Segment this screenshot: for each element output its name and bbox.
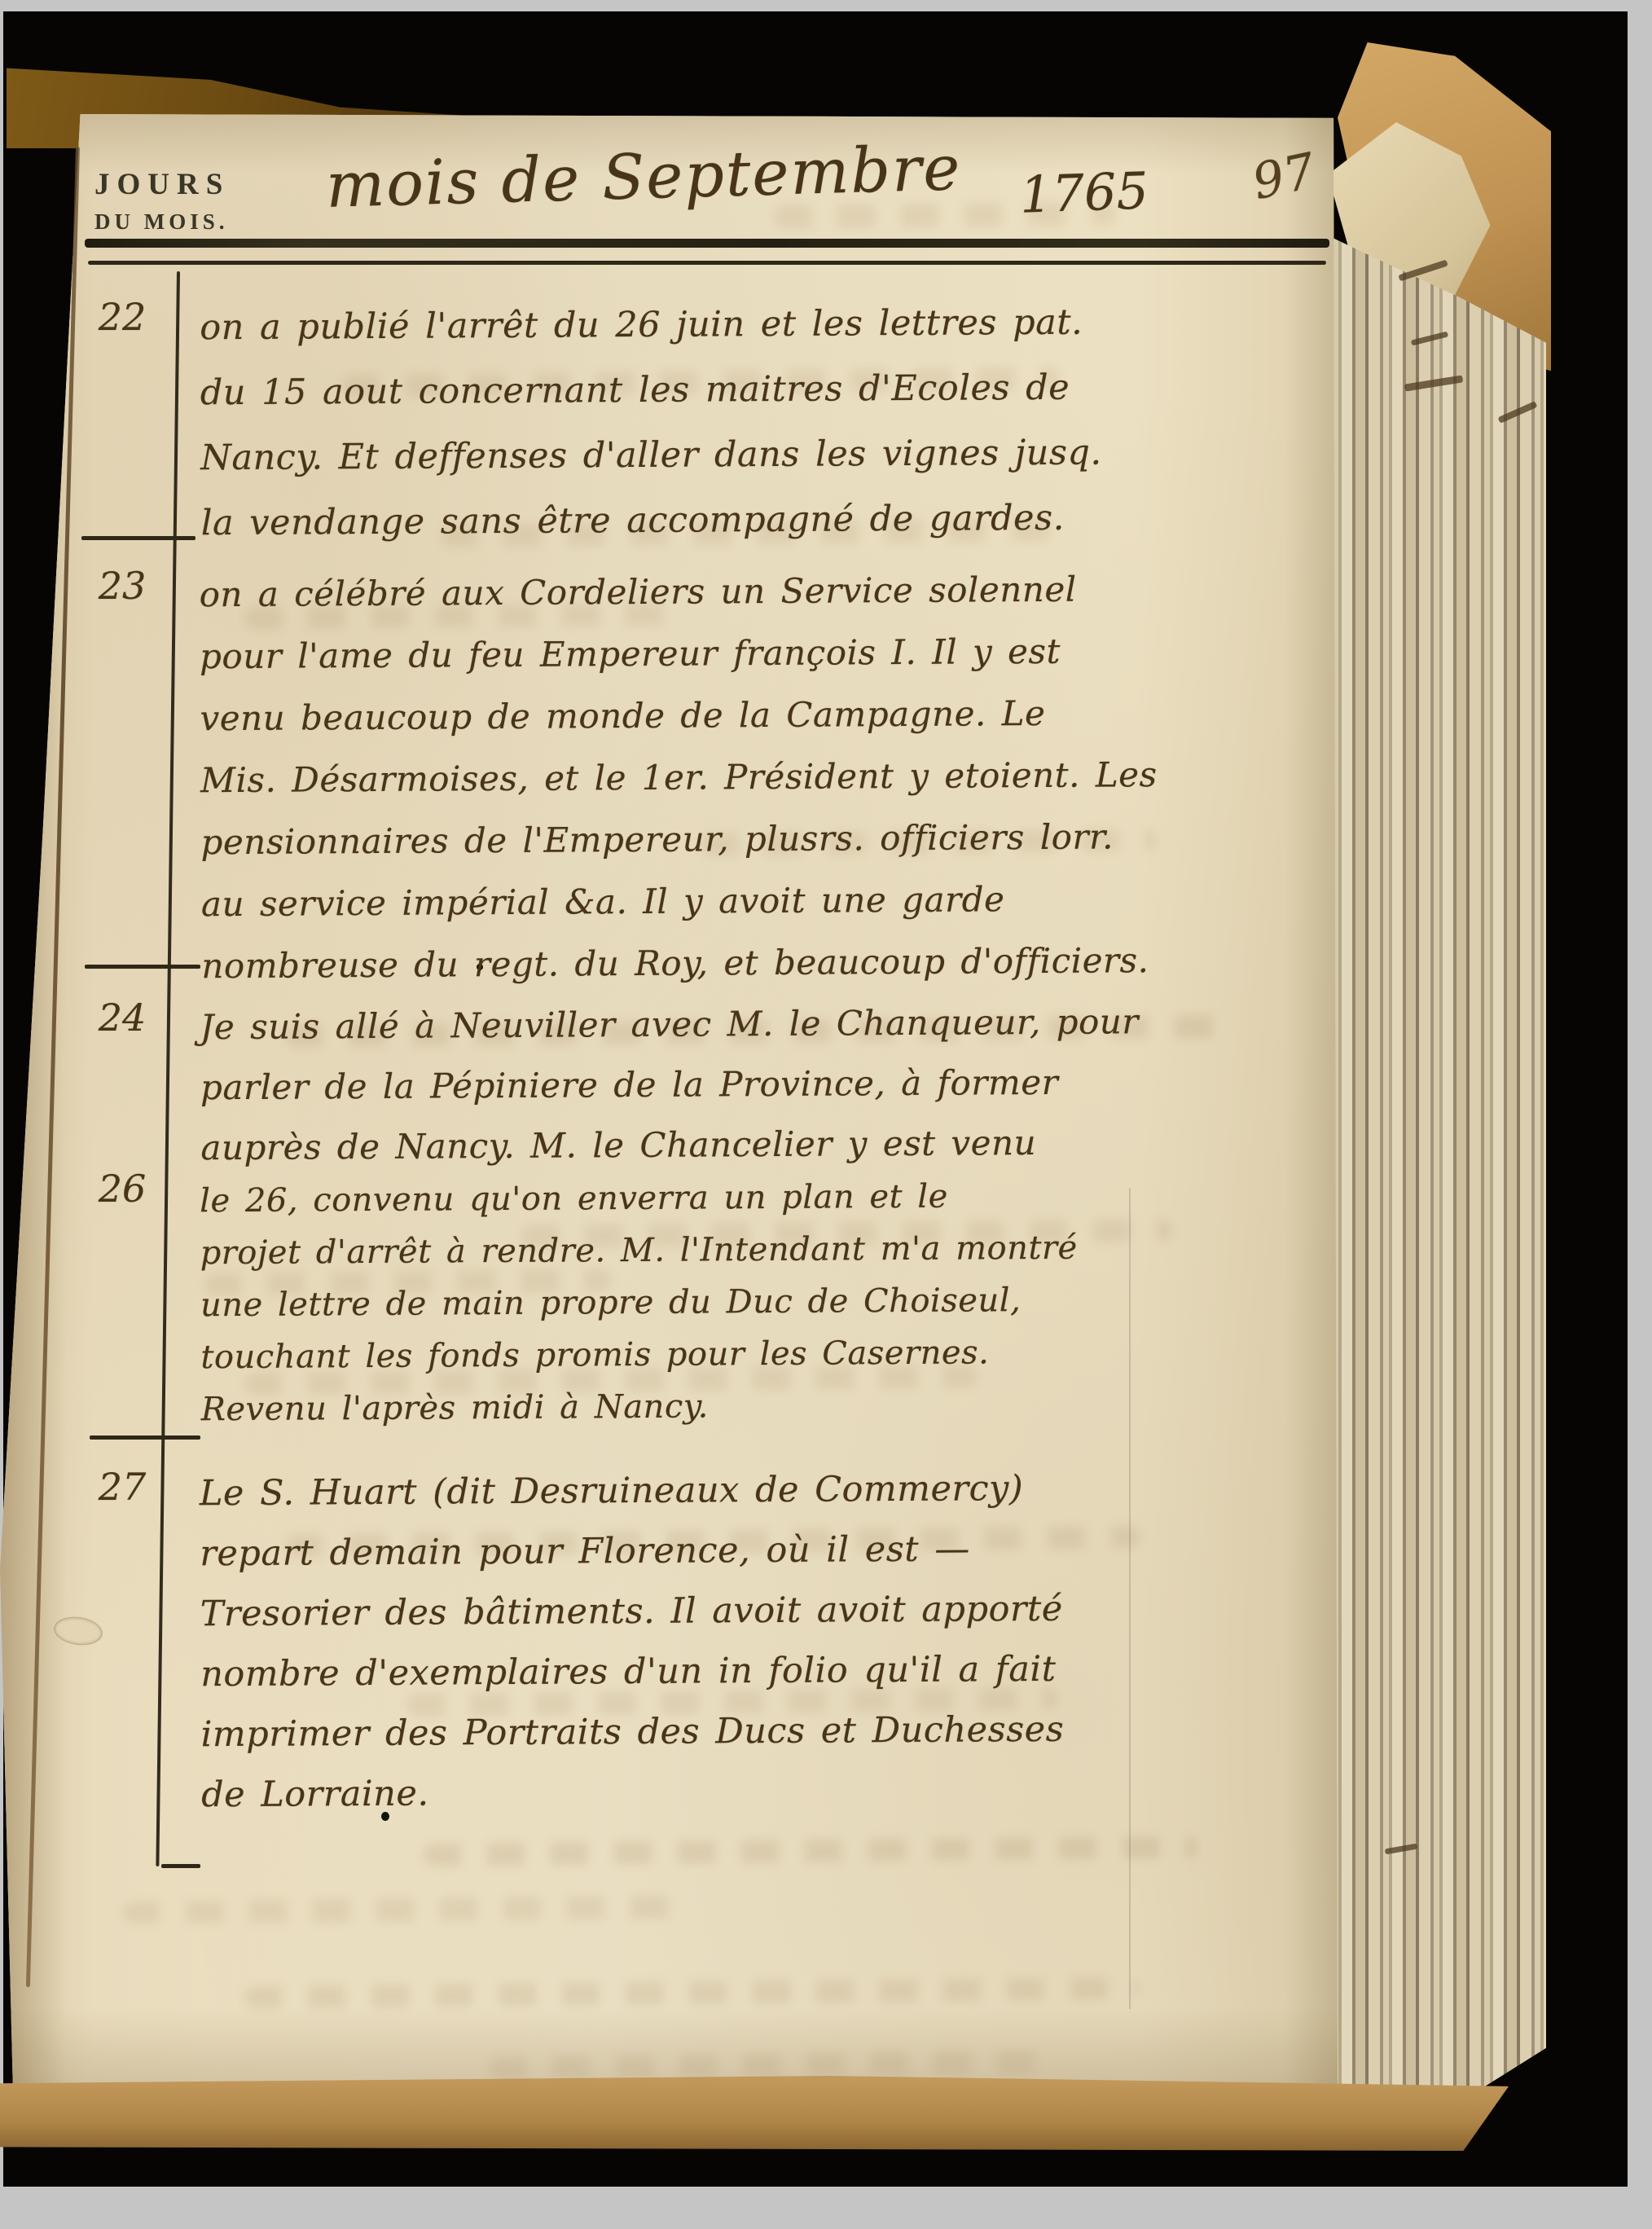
entry-line: projet d'arrêt à rendre. M. l'Intendant … — [200, 1220, 1340, 1280]
entry-line: Tresorier des bâtiments. Il avoit avoit … — [200, 1577, 1341, 1645]
entry-line: nombreuse du regt. du Roy, et beaucoup d… — [201, 929, 1342, 998]
entry-line: parler de la Pépiniere de la Province, à… — [200, 1051, 1341, 1119]
entry-line: Nancy. Et deffenses d'aller dans les vig… — [200, 419, 1341, 491]
day-number: 22 — [75, 295, 169, 339]
header-rule-thick — [85, 239, 1329, 248]
entry-line: une lettre de main propre du Duc de Choi… — [200, 1273, 1341, 1332]
entry-line: venu beaucoup de monde de la Campagne. L… — [200, 681, 1340, 750]
journal-entry-22: on a publié l'arrêt du 26 juin et les le… — [200, 288, 1342, 556]
entry-line: auprès de Nancy. M. le Chancelier y est … — [200, 1111, 1341, 1179]
entry-line: au service impérial &a. Il y avoit une g… — [201, 867, 1342, 936]
entry-line: on a célébré aux Cordeliers un Service s… — [199, 557, 1339, 626]
entry-line: Mis. Désarmoises, et le 1er. Président y… — [200, 743, 1341, 812]
entry-separator-tick — [85, 965, 200, 969]
journal-entry-26: le 26, convenu qu'on enverra un plan et … — [200, 1168, 1342, 1436]
entry-line: la vendange sans être accompagné de gard… — [201, 484, 1342, 556]
entry-line: Le S. Huart (dit Desruineaux de Commercy… — [200, 1457, 1340, 1524]
printed-column-label-line2: DU MOIS. — [94, 209, 230, 235]
day-number: 23 — [75, 564, 169, 608]
fore-edge-page-stack — [1333, 238, 1546, 2112]
entry-line: on a publié l'arrêt du 26 juin et les le… — [200, 288, 1340, 361]
entry-line: imprimer des Portraits des Ducs et Duche… — [200, 1698, 1341, 1765]
journal-entry-23: on a célébré aux Cordeliers un Service s… — [199, 557, 1342, 998]
bottom-page-edge — [0, 2076, 1509, 2151]
entry-line: touchant les fonds promis pour les Caser… — [200, 1325, 1341, 1384]
year-label: 1765 — [1019, 160, 1149, 224]
manuscript-scan: { "header": { "printed_label_line1": "JO… — [0, 0, 1652, 2229]
entry-separator-tick — [81, 536, 196, 540]
entry-line: le 26, convenu qu'on enverra un plan et … — [200, 1168, 1340, 1228]
entry-line: du 15 aout concernant les maitres d'Ecol… — [200, 354, 1341, 426]
entry-line: pensionnaires de l'Empereur, plusrs. off… — [200, 805, 1341, 874]
header-rule-thin — [88, 261, 1326, 265]
entry-line: de Lorraine. — [201, 1758, 1342, 1826]
printed-column-label: JOURS DU MOIS. — [94, 168, 230, 235]
rule-end-tick — [161, 1864, 200, 1868]
day-number: 26 — [75, 1167, 169, 1211]
entry-line: nombre d'exemplaires d'un in folio qu'il… — [200, 1638, 1341, 1705]
entry-line: pour l'ame du feu Empereur françois I. I… — [200, 619, 1340, 688]
day-number: 27 — [75, 1465, 169, 1509]
journal-entry-27: Le S. Huart (dit Desruineaux de Commercy… — [200, 1457, 1342, 1826]
printed-column-label-line1: JOURS — [94, 168, 230, 203]
entry-line: Je suis allé à Neuviller avec M. le Chan… — [200, 991, 1340, 1058]
entry-separator-tick — [90, 1435, 200, 1440]
day-number: 24 — [75, 996, 169, 1040]
journal-entry-24: Je suis allé à Neuviller avec M. le Chan… — [200, 991, 1341, 1179]
entry-line: Revenu l'après midi à Nancy. — [201, 1377, 1342, 1436]
entry-line: repart demain pour Florence, où il est — — [200, 1517, 1340, 1585]
